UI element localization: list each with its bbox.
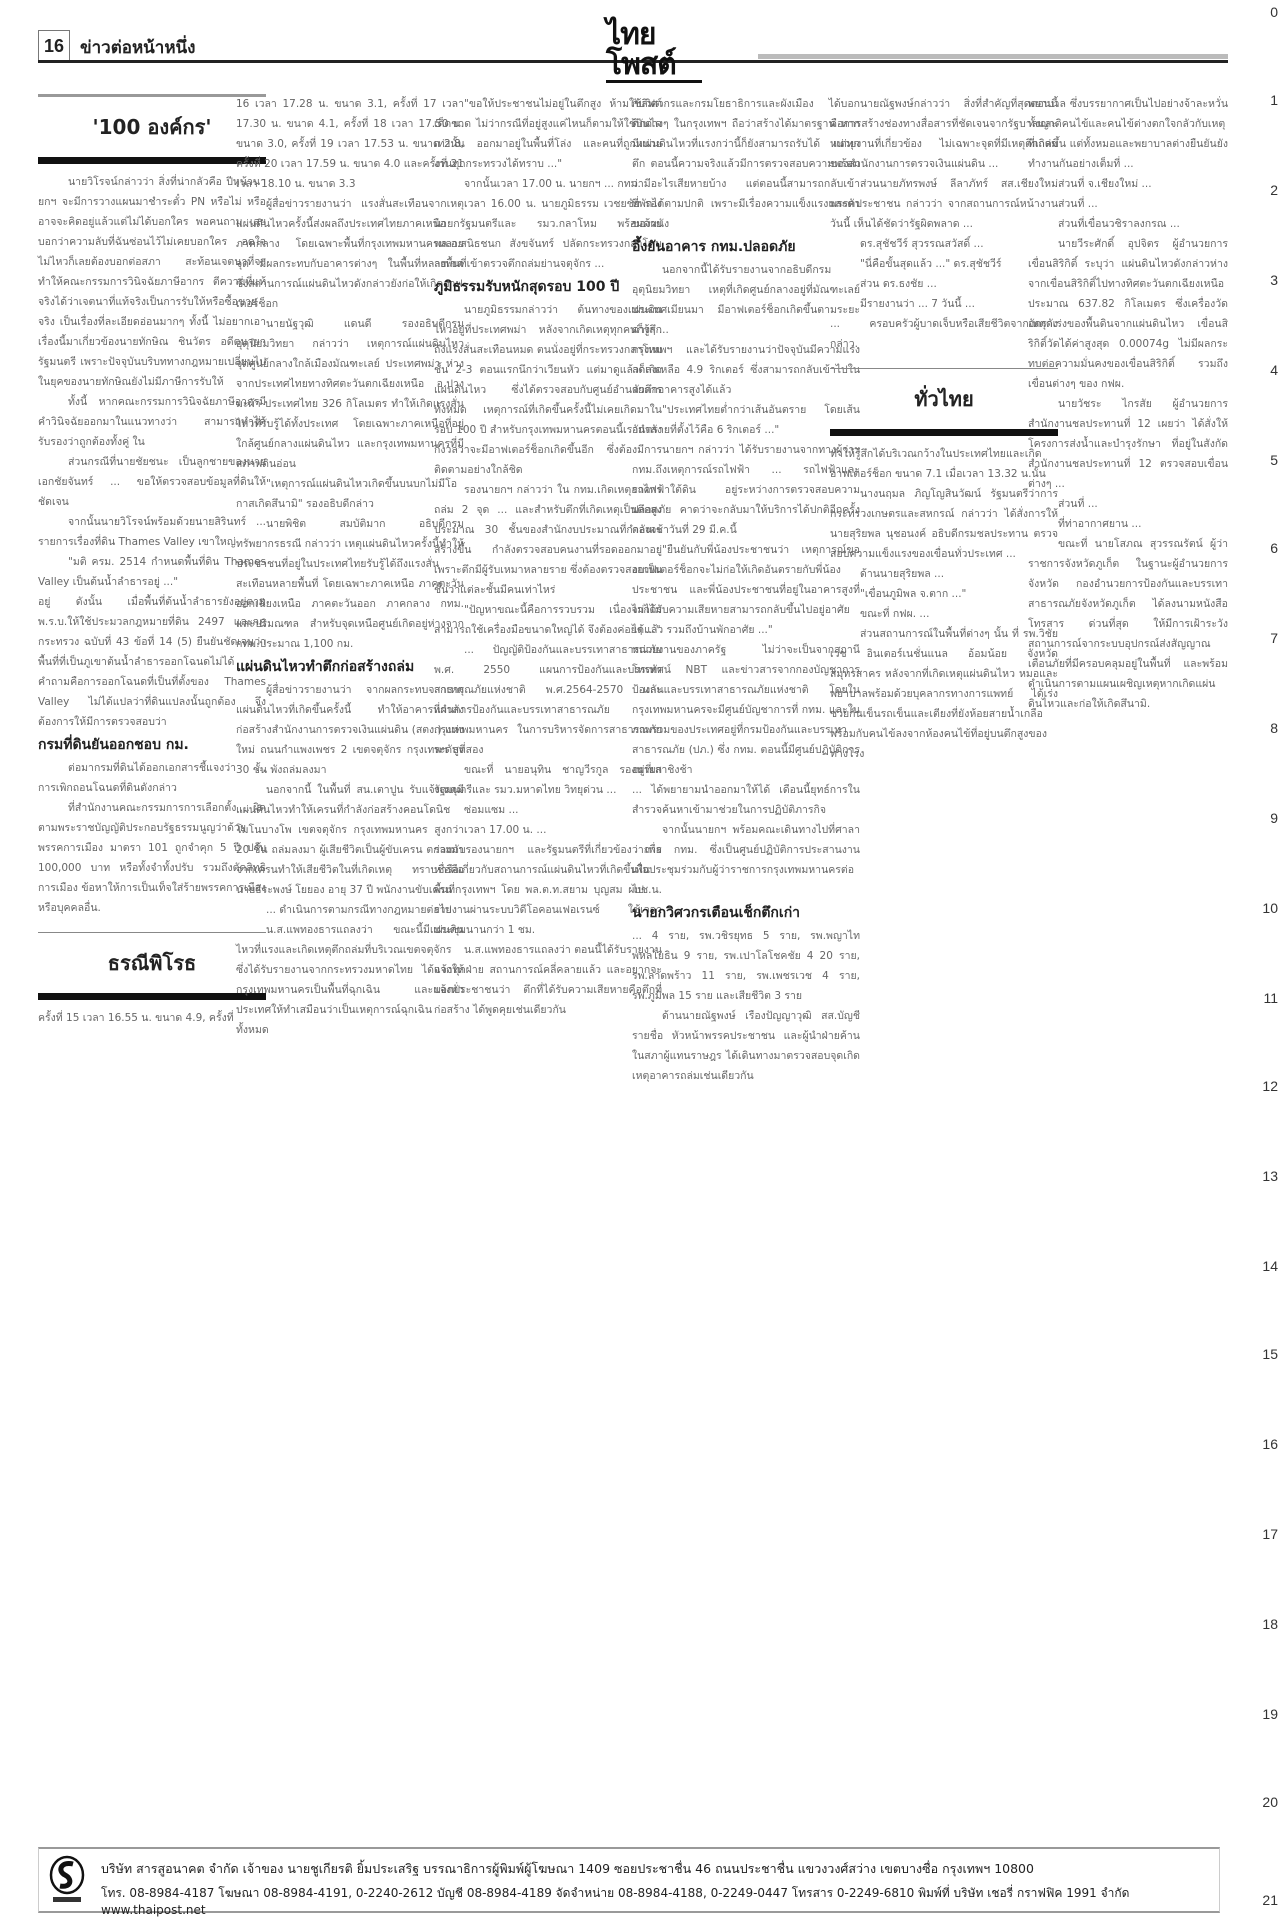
line-number: 4: [1270, 362, 1278, 378]
paragraph: ... ดำเนินการตามกรณีทางกฎหมายต่อไป: [236, 900, 464, 920]
paragraph: ขณะที่ กฟผ. ...: [830, 604, 1058, 624]
column-4: กับวิศวกรและกรมโยธาธิการและผังเมือง ได้บ…: [632, 94, 860, 1086]
header-grey-bar: [758, 54, 1228, 59]
paragraph: นายวีระศักดิ์ อุปจิตร ผู้อำนวยการเขื่อนส…: [1028, 234, 1228, 394]
paragraph: นายณัฐพงษ์กล่าวว่า สิ่งที่สำคัญที่สุดตอน…: [830, 94, 1058, 174]
paragraph: ดร.สุชัชวีร์ สุวรรณสวัสดิ์ ...: [830, 234, 1058, 254]
paragraph: ซ่อมแซม ...: [434, 800, 662, 820]
line-number: 20: [1262, 1794, 1278, 1810]
subheading: อึ้งยันอาคาร กทม.ปลอดภัย: [632, 236, 860, 258]
subheading: กรมที่ดินยันออกชอบ กม.: [38, 734, 266, 756]
paragraph: ส่วนที่ จ.เชียงใหม่ ...: [1028, 174, 1228, 194]
line-number: 2: [1270, 182, 1278, 198]
paragraph: น.ส.แพทองธารแถลงว่า ตอนนี้ได้รับรายงานจา…: [434, 940, 662, 1020]
paragraph: เวลา 17.00 น. ...: [434, 820, 662, 840]
publisher-footer: บริษัท สารสูอนาคต จำกัด เจ้าของ นายชูเกี…: [38, 1847, 1220, 1913]
publisher-info-line: บริษัท สารสูอนาคต จำกัด เจ้าของ นายชูเกี…: [101, 1859, 1034, 1879]
paragraph: นายภูมิธรรมกล่าวว่า ต้นทางของแผ่นดินไหวอ…: [434, 300, 662, 480]
line-number: 0: [1270, 4, 1278, 20]
paragraph: ผู้สื่อข่าวรายงานว่า แรงสั่นสะเทือนจากเห…: [236, 194, 464, 314]
paragraph: ... ครอบครัวผู้บาดเจ็บหรือเสียชีวิตจากเห…: [830, 314, 1058, 354]
paragraph: ... ได้พยายามนำออกมาให้ได้ เดือนนี้ยุทธ์…: [632, 780, 860, 820]
line-number: 17: [1262, 1526, 1278, 1542]
paragraph: ครั้งที่ 15 เวลา 16.55 น. ขนาด 4.9, ครั้…: [38, 1008, 266, 1028]
paragraph: "ขอให้ประชาชนไม่อยู่ในตึกสูง ห้ามใช้ลิฟต…: [434, 94, 662, 174]
publisher-logo-icon: [47, 1855, 87, 1905]
paragraph: นายวัชระ ไกรสัย ผู้อำนวยการสำนักงานชลประ…: [1028, 394, 1228, 494]
logo-text: ไทยโพสต์: [606, 20, 702, 83]
paragraph: น.ส.แพทองธารแถลงว่า ขณะนี้มีแผ่นดินไหวที…: [236, 920, 464, 1040]
paragraph: "ปัญหาขณะนี้คือการรวบรวม เนื่องจากไม่สาม…: [434, 600, 662, 640]
masthead-logo: ไทยโพสต์: [606, 20, 702, 58]
box-heading-100-orgs: '100 องค์กร': [38, 94, 266, 164]
paragraph: พยาบาล ซึ่งบรรยากาศเป็นไปอย่างจ้าละหวั่น…: [1028, 94, 1228, 174]
paragraph: ส่วนที่เขื่อนวชิราลงกรณ ...: [1028, 214, 1228, 234]
column-6: พยาบาล ซึ่งบรรยากาศเป็นไปอย่างจ้าละหวั่น…: [1028, 94, 1228, 714]
paragraph: ที่ท่าอากาศยาน ...: [1028, 514, 1228, 534]
line-number: 9: [1270, 810, 1278, 826]
paragraph: ส่วนนายภัทรพงษ์ ลีลาภัทร์ สส.เชียงใหม่ พ…: [830, 174, 1058, 234]
paragraph: อยู่ ดังนั้น เมื่อพื้นที่ต้นน้ำลำธารยังอ…: [38, 592, 266, 732]
line-number: 19: [1262, 1706, 1278, 1722]
paragraph: "นี่คือขั้นสุดแล้ว ..." ดร.สุชัชวีร์: [830, 254, 1058, 274]
line-number: 12: [1262, 1078, 1278, 1094]
paragraph: ส่วน ดร.ธงชัย ...: [830, 274, 1058, 294]
line-number: 3: [1270, 272, 1278, 288]
column-2: 16 เวลา 17.28 น. ขนาด 3.1, ครั้งที่ 17 เ…: [236, 94, 464, 1040]
line-number: 10: [1262, 900, 1278, 916]
column-1: '100 องค์กร' นายวิโรจน์กล่าวว่า สิ่งที่น…: [38, 94, 266, 1028]
line-number-gutter: 0 1 2 3 4 5 6 7 8 9 10 11 12 13 14 15 16…: [1258, 0, 1278, 1920]
paragraph: หน่วยงานของภาครัฐ ไม่ว่าจะเป็นจากสถานีโท…: [632, 640, 860, 780]
paragraph: นายพิชิต สมบัติมาก อธิบดีกรมทรัพยากรธรณี…: [236, 514, 464, 654]
paragraph: มีรายงานว่า ... 7 วันนี้ ...: [830, 294, 1058, 314]
line-number: 5: [1270, 452, 1278, 468]
paragraph: "เหตุการณ์แผ่นดินไหวเกิดขึ้นบนบกไม่มีโอก…: [236, 474, 464, 514]
paragraph: ทำให้รู้สึกได้บริเวณกว้างในประเทศไทยและเ…: [830, 444, 1058, 484]
column-3: "ขอให้ประชาชนไม่อยู่ในตึกสูง ห้ามใช้ลิฟต…: [434, 94, 662, 1020]
contact-info-line: โทร. 08-8984-4187 โฆษณา 08-8984-4191, 0-…: [101, 1884, 1219, 1917]
paragraph: ต่อมากรมที่ดินได้ออกเอกสารชี้แจงว่า ... …: [38, 758, 266, 798]
paragraph: ... 4 ราย, รพ.วชิรยุทธ 5 ราย, รพ.พญาไท พ…: [632, 926, 860, 1006]
paragraph: นายกฯ กล่าวว่า ได้รับรายงานจากทางผู้ว่าฯ…: [632, 440, 860, 540]
box-heading-nationwide: ทั่วไทย: [830, 368, 1058, 436]
paragraph: ด้านนายสุริยพล ...: [830, 564, 1058, 584]
paragraph: ส่วนกรณีที่นายชัยชนะ เป็นลูกชายของนายเอก…: [38, 452, 266, 512]
line-number: 15: [1262, 1346, 1278, 1362]
paragraph: ส่วนที่ ...: [1028, 194, 1228, 214]
paragraph: "ประเทศไทยต่ำกว่าเส้นอันตราย โดยเส้นอันต…: [632, 400, 860, 440]
line-number: 16: [1262, 1436, 1278, 1452]
article-columns: '100 องค์กร' นายวิโรจน์กล่าวว่า สิ่งที่น…: [38, 94, 1228, 1834]
line-number: 8: [1270, 720, 1278, 736]
paragraph: นายนัฐวุฒิ แดนดี รองอธิบดีกรมอุตุนิยมวิท…: [236, 314, 464, 474]
paragraph: ส่วนสถานการณ์ในพื้นที่ต่างๆ นั้น ที่ รพ.…: [830, 624, 1058, 764]
paragraph: จากนั้นนายวิโรจน์พร้อมด้วยนายสิรินทร์ ..…: [38, 512, 266, 552]
paragraph: ผู้สื่อข่าวรายงานว่า จากผลกระทบจากเหตุแผ…: [236, 680, 464, 780]
paragraph: นอกจากนี้ได้รับรายงานจากอธิบดีกรมอุตุนิย…: [632, 260, 860, 340]
page-header: 16 ข่าวต่อหน้าหนึ่ง ไทยโพสต์: [38, 20, 1238, 78]
paragraph: เวลา 16.00 น. นายภูมิธรรม เวชยชัย รองนาย…: [434, 194, 662, 274]
paragraph: ขณะที่ นายโสภณ สุวรรณรัตน์ ผู้ว่าราชการจ…: [1028, 534, 1228, 714]
paragraph: กรุงเทพฯ และได้รับรายงานว่าปัจจุบันมีควา…: [632, 340, 860, 400]
paragraph: "ยืนยันกับพี่น้องประชาชนว่า เหตุการณ์ของ…: [632, 540, 860, 640]
paragraph: ร่วมกับรองนายกฯ และรัฐมนตรีที่เกี่ยวข้อง…: [434, 840, 662, 940]
paragraph: "มติ ครม. 2514 กำหนดพื้นที่ดิน Thames Va…: [38, 552, 266, 592]
line-number: 18: [1262, 1616, 1278, 1632]
line-number: 13: [1262, 1168, 1278, 1184]
line-number: 11: [1263, 990, 1278, 1006]
paragraph: กับวิศวกรและกรมโยธาธิการและผังเมือง ได้บ…: [632, 94, 860, 234]
line-number: 21: [1262, 1892, 1278, 1908]
paragraph: ด้านนายณัฐพงษ์ เรืองปัญญาวุฒิ สส.บัญชีรา…: [632, 1006, 860, 1086]
page-number: 16: [38, 30, 70, 62]
paragraph: ... ปัญญัติป้องกันและบรรเทาสาธารณภัย พ.ศ…: [434, 640, 662, 760]
paragraph: จากนั้นนายกฯ พร้อมคณะเดินทางไปที่ศาลาว่า…: [632, 820, 860, 900]
line-number: 14: [1262, 1258, 1278, 1274]
paragraph: จากนั้นเวลา 17.00 น. นายกฯ ... กทม.: [434, 174, 662, 194]
paragraph: "เขื่อนภูมิพล จ.ตาก ...": [830, 584, 1058, 604]
column-5: นายณัฐพงษ์กล่าวว่า สิ่งที่สำคัญที่สุดตอน…: [830, 94, 1058, 764]
line-number: 6: [1270, 540, 1278, 556]
paragraph: ส่วนที่ ...: [1028, 494, 1228, 514]
paragraph: ที่สำนักงานคณะกรรมการการเลือกตั้ง ... ผิ…: [38, 798, 266, 918]
box-heading-earthquake: ธรณีพิโรธ: [38, 932, 266, 1000]
paragraph: ทั้งนี้ หากคณะกรรมการวินิจฉัยภาษีอากรมีค…: [38, 392, 266, 452]
paragraph: นายวิโรจน์กล่าวว่า สิ่งที่น่ากลัวคือ ปีห…: [38, 172, 266, 392]
line-number: 7: [1270, 630, 1278, 646]
paragraph: นางนฤมล ภิญโญสินวัฒน์ รัฐมนตรีว่าการกระท…: [830, 484, 1058, 564]
paragraph: ขณะที่ นายอนุทิน ชาญวีรกูล รองนายกรัฐมนต…: [434, 760, 662, 800]
line-number: 1: [1270, 92, 1278, 108]
paragraph: นอกจากนี้ ในพื้นที่ สน.เตาปูน รับแจ้งเหต…: [236, 780, 464, 900]
section-title: ข่าวต่อหน้าหนึ่ง: [80, 34, 195, 61]
paragraph: 16 เวลา 17.28 น. ขนาด 3.1, ครั้งที่ 17 เ…: [236, 94, 464, 194]
subheading: ภูมิธรรมรับหนักสุดรอบ 100 ปี: [434, 276, 662, 298]
subheading: นายกวิศวกรเตือนเช็กตึกเก่า: [632, 902, 860, 924]
paragraph: รองนายกฯ กล่าวว่า ใน กทม.เกิดเหตุอาคารถล…: [434, 480, 662, 600]
subheading: แผ่นดินไหวทำตึกก่อสร้างถล่ม: [236, 656, 464, 678]
